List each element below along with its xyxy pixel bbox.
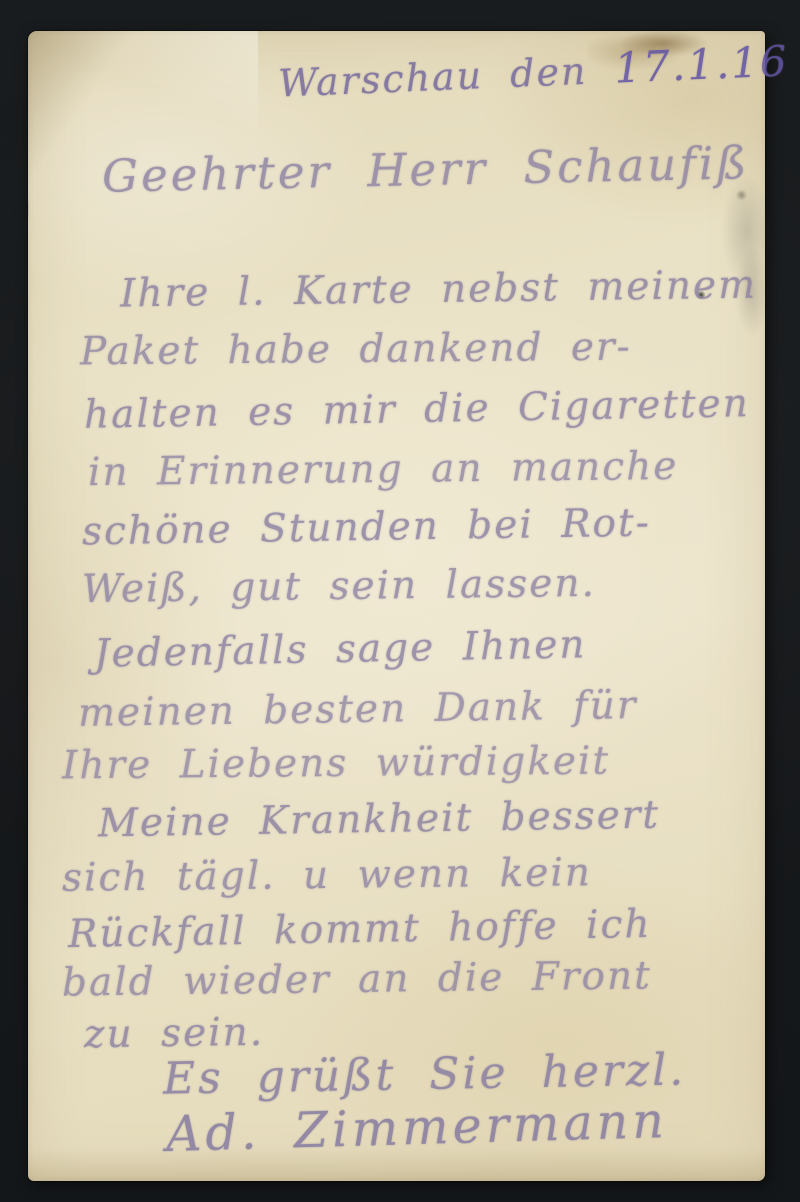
letter-line: in Erinnerung an manche bbox=[88, 444, 679, 495]
letter-line: Weiß, gut sein lassen. bbox=[82, 561, 596, 612]
letter-line: sich tägl. u wenn kein bbox=[62, 850, 592, 901]
dateline-place: Warschau den bbox=[277, 49, 588, 106]
postcard: Warschau den 17.1.16 Geehrter Herr Schau… bbox=[28, 31, 765, 1181]
letter-line: halten es mir die Cigaretten bbox=[84, 381, 750, 438]
letter-line: Ihre Liebens würdigkeit bbox=[62, 739, 610, 789]
edge-notch bbox=[25, 179, 34, 239]
letter-line: bald wieder an die Front bbox=[62, 953, 652, 1005]
letter-line: Meine Krankheit bessert bbox=[98, 793, 661, 847]
letter-dateline: Warschau den 17.1.16 bbox=[277, 36, 789, 106]
photo-background: Warschau den 17.1.16 Geehrter Herr Schau… bbox=[0, 0, 800, 1202]
dateline-date: 17.1.16 bbox=[613, 36, 789, 92]
letter-line: Jedenfalls sage Ihnen bbox=[94, 622, 587, 676]
letter-line: Ihre l. Karte nebst meinem bbox=[120, 263, 758, 317]
letter-line: Paket habe dankend er- bbox=[80, 325, 632, 375]
letter-line: zu sein. bbox=[84, 1010, 265, 1058]
letter-salutation: Geehrter Herr Schaufiß bbox=[102, 136, 750, 203]
letter-line: schöne Stunden bei Rot- bbox=[82, 501, 651, 555]
letter-line: meinen besten Dank für bbox=[78, 683, 638, 736]
letter-line: Rückfall kommt hoffe ich bbox=[68, 902, 652, 957]
